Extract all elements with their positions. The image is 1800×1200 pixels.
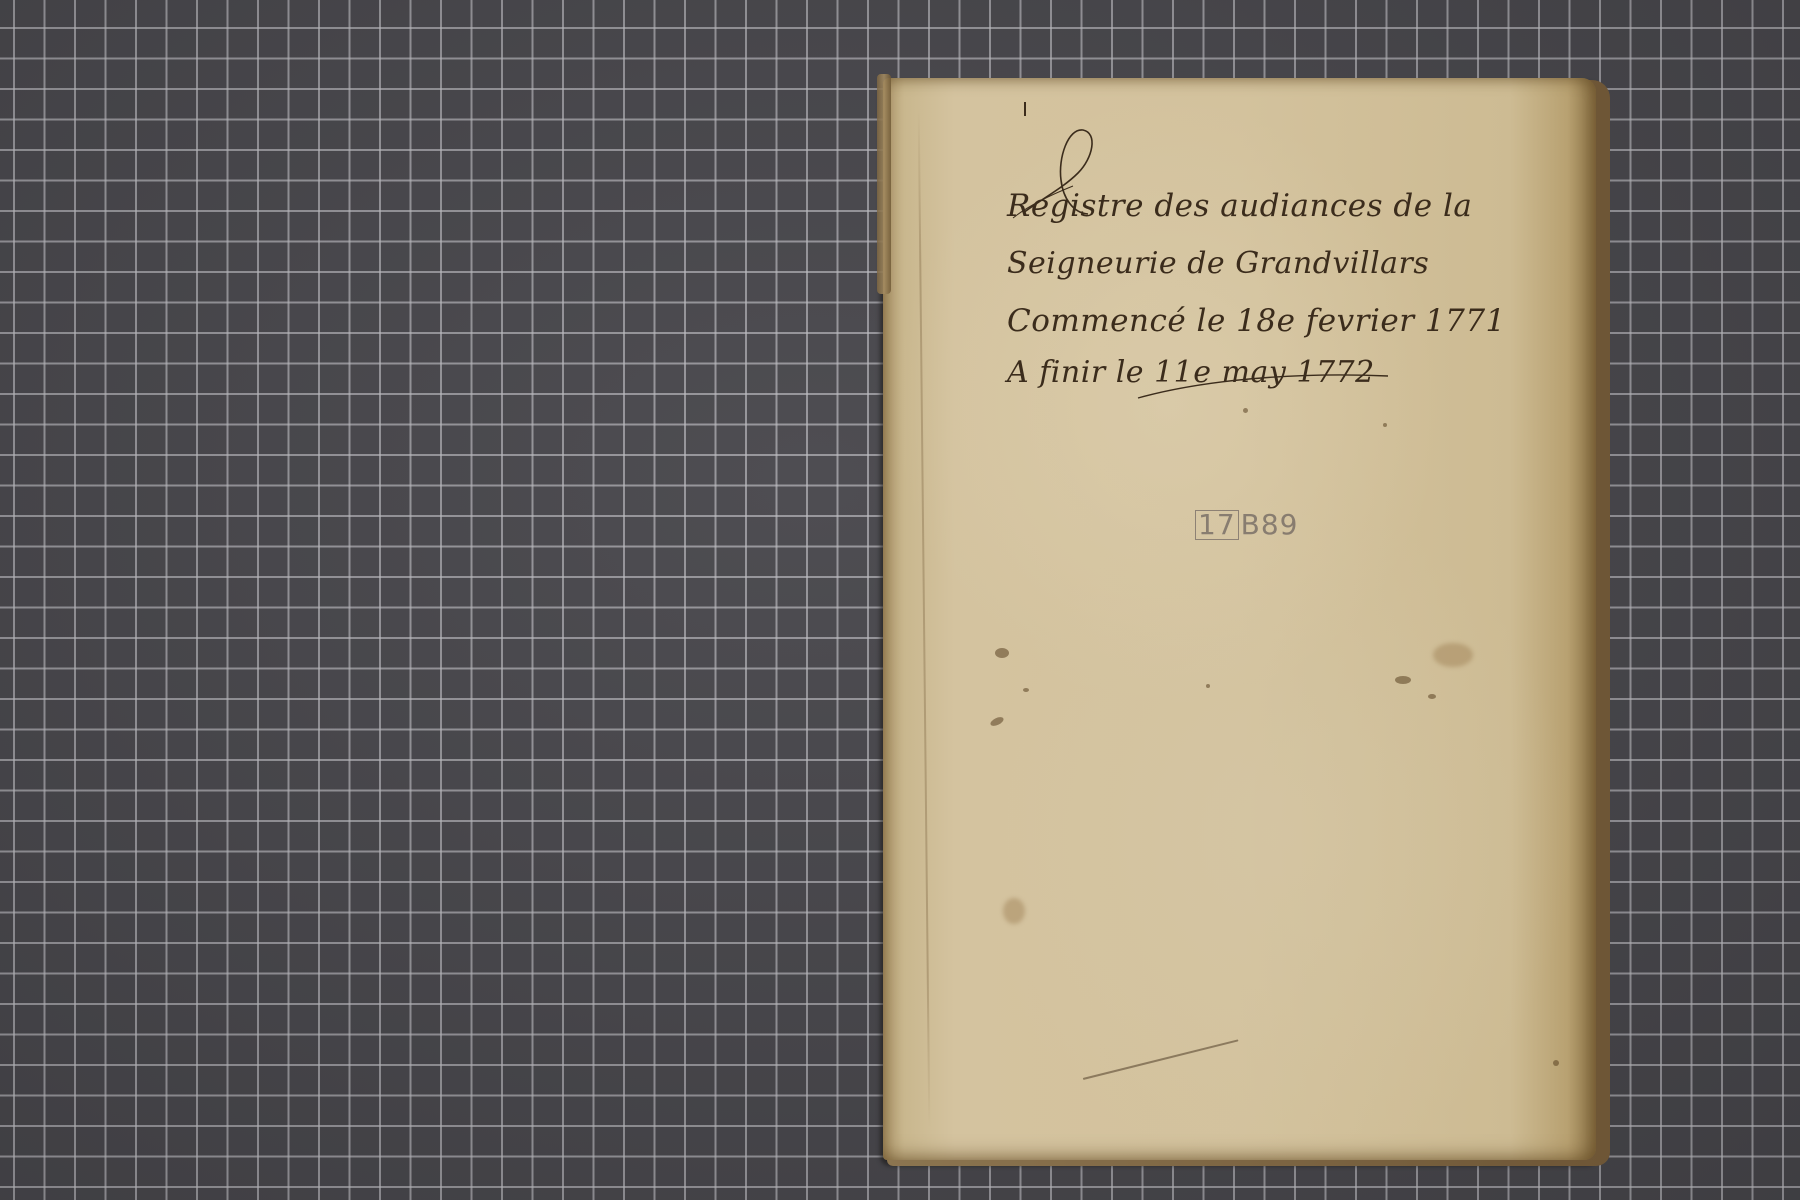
ink-dot bbox=[1206, 684, 1210, 688]
ink-dot bbox=[1243, 408, 1248, 413]
title-line-1: Registre des audiances de la bbox=[1007, 188, 1472, 224]
stamp-boxed-number: 17 bbox=[1195, 510, 1239, 540]
ink-dot bbox=[1553, 1060, 1559, 1066]
ink-stain bbox=[1395, 676, 1411, 684]
archive-reference-stamp: 17B89 bbox=[1195, 508, 1298, 541]
cover-page: Registre des audiances de la Seigneurie … bbox=[883, 78, 1596, 1160]
ink-stain bbox=[995, 648, 1009, 658]
underline-flourish bbox=[1133, 358, 1393, 408]
date-start-line: Commencé le 18e fevrier 1771 bbox=[1007, 303, 1506, 339]
pen-stroke-mark bbox=[1083, 1039, 1239, 1080]
ink-dot bbox=[1023, 688, 1029, 692]
title-line-2: Seigneurie de Grandvillars bbox=[1007, 246, 1429, 281]
ink-dot bbox=[1383, 423, 1387, 427]
fold-line bbox=[918, 108, 931, 1128]
register-cover: Registre des audiances de la Seigneurie … bbox=[883, 78, 1596, 1160]
water-stain bbox=[1433, 643, 1473, 667]
folio-mark bbox=[1024, 102, 1026, 116]
sewn-spine bbox=[877, 74, 891, 294]
ink-stain bbox=[989, 715, 1005, 727]
ink-dot bbox=[1428, 694, 1436, 699]
stamp-series: B89 bbox=[1241, 508, 1299, 541]
water-stain bbox=[1003, 898, 1025, 924]
